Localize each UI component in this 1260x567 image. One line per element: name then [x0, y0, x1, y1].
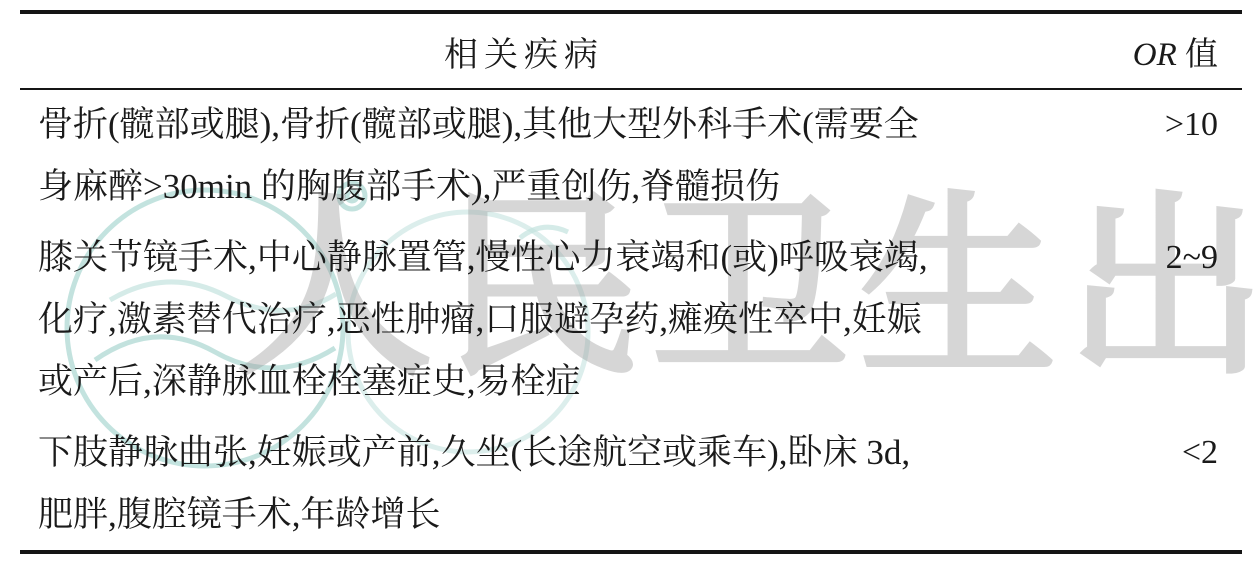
or-table: 相关疾病 OR 值 骨折(髋部或腿),骨折(髋部或腿),其他大型外科手术(需要全… — [20, 10, 1242, 554]
diseases-cell: 膝关节镜手术,中心静脉置管,慢性心力衰竭和(或)呼吸衰竭, 化疗,激素替代治疗,… — [20, 227, 1038, 413]
diseases-text-line: 膝关节镜手术,中心静脉置管,慢性心力衰竭和(或)呼吸衰竭, — [38, 227, 1038, 289]
table-row: 骨折(髋部或腿),骨折(髋部或腿),其他大型外科手术(需要全 身麻醉>30min… — [20, 90, 1242, 218]
header-or-word: OR — [1133, 37, 1177, 73]
document-page: 人民卫生出版社 相关疾病 OR 值 骨折(髋部或腿),骨折(髋部或腿),其他大型… — [0, 0, 1260, 567]
diseases-text-line: 化疗,激素替代治疗,恶性肿瘤,口服避孕药,瘫痪性卒中,妊娠 — [38, 289, 1038, 351]
diseases-text-line: 身麻醉>30min 的胸腹部手术),严重创伤,脊髓损伤 — [38, 156, 1038, 218]
diseases-text-line: 肥胖,腹腔镜手术,年龄增长 — [38, 484, 1038, 546]
diseases-text-line: 下肢静脉曲张,妊娠或产前,久坐(长途航空或乘车),卧床 3d, — [38, 422, 1038, 484]
diseases-text-line: 骨折(髋部或腿),骨折(髋部或腿),其他大型外科手术(需要全 — [38, 94, 1038, 156]
table-bottom-rule — [20, 550, 1242, 554]
or-value-cell: <2 — [1038, 422, 1242, 484]
header-or-unit: 值 — [1177, 37, 1218, 73]
diseases-cell: 下肢静脉曲张,妊娠或产前,久坐(长途航空或乘车),卧床 3d, 肥胖,腹腔镜手术… — [20, 422, 1038, 546]
table-row: 下肢静脉曲张,妊娠或产前,久坐(长途航空或乘车),卧床 3d, 肥胖,腹腔镜手术… — [20, 413, 1242, 546]
diseases-cell: 骨折(髋部或腿),骨折(髋部或腿),其他大型外科手术(需要全 身麻醉>30min… — [20, 94, 1038, 218]
table-row: 膝关节镜手术,中心静脉置管,慢性心力衰竭和(或)呼吸衰竭, 化疗,激素替代治疗,… — [20, 218, 1242, 413]
header-or-value: OR 值 — [1028, 28, 1242, 75]
table-header-row: 相关疾病 OR 值 — [20, 10, 1242, 90]
header-related-diseases: 相关疾病 — [20, 27, 1028, 76]
or-value-cell: >10 — [1038, 94, 1242, 156]
diseases-text-line: 或产后,深静脉血栓栓塞症史,易栓症 — [38, 351, 1038, 413]
or-value-cell: 2~9 — [1038, 227, 1242, 289]
